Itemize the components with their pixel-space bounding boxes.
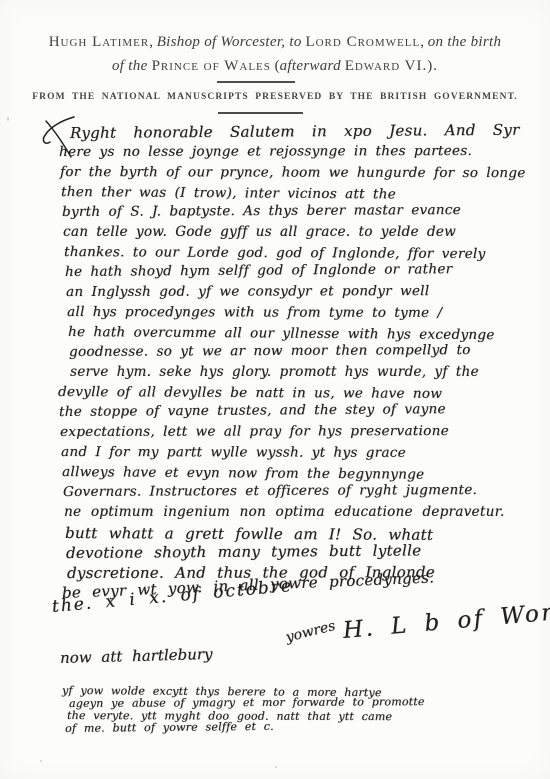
title-line-1: Hugh Latimer, Bishop of Worcester, to Lo…: [0, 30, 550, 54]
manuscript-line: Governars. Instructores et officeres of …: [63, 482, 520, 504]
title-line-2: of the Prince of Wales (afterward Edward…: [0, 54, 550, 78]
manuscript-line: ne optimum ingenium non optima education…: [64, 504, 520, 524]
postscript: yf yow wolde excytt thys berere to a mor…: [62, 684, 425, 734]
title-segment: Prince of Wales: [152, 58, 271, 74]
title-segment: of the: [112, 58, 152, 74]
divider-rule-bottom: [218, 112, 303, 114]
manuscript-line: an Inglyssh god. yf we consydyr et pondy…: [66, 283, 520, 304]
title-segment: Lord Cromwell: [305, 34, 420, 50]
manuscript-line: devotione shoyth many tymes butt lytelle: [66, 541, 520, 564]
title-segment: on the birth: [428, 34, 502, 50]
scan-speck: [40, 760, 42, 762]
title-segment: ,: [420, 34, 428, 50]
manuscript-line: for the byrth of our prynce, hoom we hun…: [60, 164, 520, 185]
manuscript-line: serve hym. seke hys glory. promott hys w…: [70, 364, 520, 384]
manuscript-line: all hys procedynges with us from tyme to…: [67, 304, 520, 325]
manuscript-line: expectations, lett we all pray for hys p…: [60, 423, 520, 444]
manuscript-line: the stoppe of vayne trustes, and the ste…: [59, 401, 520, 424]
manuscript-line: goodnesse. so yt we ar now moor then com…: [69, 342, 520, 364]
title-segment: ,: [149, 34, 157, 50]
manuscript-line: Ryght honorable Salutem in xpo Jesu. And…: [70, 121, 520, 144]
signature-prefix: yowres: [284, 618, 337, 646]
document-page: Hugh Latimer, Bishop of Worcester, to Lo…: [0, 0, 550, 779]
manuscript-line: byrth of S. J. baptyste. As thys berer m…: [62, 202, 520, 224]
manuscript-line: here ys no lesse joynge et rejossynge in…: [59, 143, 520, 164]
place-line: now att hartlebury: [60, 645, 213, 667]
title-segment: afterward: [280, 58, 341, 74]
scan-speck: [7, 117, 9, 121]
title-segment: (: [271, 58, 280, 74]
manuscript-lines: Ryght honorable Salutem in xpo Jesu. And…: [58, 124, 520, 604]
source-line: FROM THE NATIONAL MANUSCRIPTS PRESERVED …: [0, 92, 550, 102]
scan-speck: [275, 766, 277, 768]
manuscript-line: he hath shoyd hym selff god of Inglonde …: [65, 261, 520, 284]
title-segment: Bishop of Worcester, to: [157, 34, 302, 50]
postscript-line: ageyn ye abuse of ymagry et mor forwarde…: [69, 695, 425, 709]
title-segment: Edward VI.).: [345, 58, 438, 74]
document-title: Hugh Latimer, Bishop of Worcester, to Lo…: [0, 30, 550, 78]
manuscript-line: can telle yow. Gode gyff us all grace. t…: [63, 224, 520, 244]
title-segment: Hugh Latimer: [49, 34, 150, 50]
divider-rule-top: [217, 81, 295, 83]
manuscript-line: and I for my partt wylle wyssh. yt hys g…: [61, 444, 520, 465]
